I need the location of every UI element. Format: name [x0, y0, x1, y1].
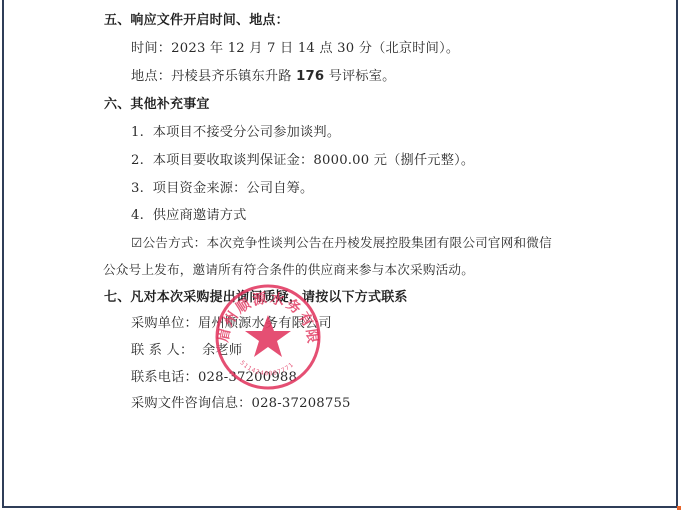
opening-place: 地点：丹棱县齐乐镇东升路 176 号评标室。 [131, 65, 396, 84]
section6-heading: 六、其他补充事宜 [104, 93, 210, 112]
list-item: 1. 本项目不接受分公司参加谈判。 [131, 121, 340, 140]
time-label: 时间： [131, 41, 171, 56]
time-value: 2023 年 12 月 7 日 14 点 30 分（北京时间）。 [171, 41, 459, 56]
contact-label: 采购单位： [131, 316, 198, 331]
section5-heading: 五、响应文件开启时间、地点： [104, 9, 289, 28]
company-seal-icon: 眉州顺源水务有限公司 5114240007771 [214, 283, 322, 391]
seal-code: 5114240007771 [239, 359, 296, 377]
contact-label: 联 系 人： [131, 343, 193, 358]
item-text: 项目资金来源：公司自筹。 [153, 181, 314, 196]
list-item: 2. 本项目要收取谈判保证金：8000.00 元（捌仟元整）。 [131, 149, 474, 168]
svg-text:5114240007771: 5114240007771 [239, 359, 296, 377]
contact-label: 采购文件咨询信息： [131, 396, 252, 411]
contact-row: 采购文件咨询信息：028-37208755 [131, 392, 351, 411]
opening-time: 时间：2023 年 12 月 7 日 14 点 30 分（北京时间）。 [131, 37, 459, 56]
item-number: 1. [131, 125, 144, 140]
contact-label: 联系电话： [131, 370, 198, 385]
place-label: 地点： [131, 69, 171, 84]
item-number: 3. [131, 181, 144, 196]
list-item: 3. 项目资金来源：公司自筹。 [131, 177, 313, 196]
item-text: 本项目不接受分公司参加谈判。 [153, 125, 340, 140]
item-number: 4. [131, 208, 144, 223]
item-text: 本项目要收取谈判保证金：8000.00 元（捌仟元整）。 [153, 153, 474, 168]
announcement-line-2: 公众号上发布，邀请所有符合条件的供应商来参与本次采购活动。 [103, 259, 474, 278]
contact-value: 028-37208755 [252, 396, 351, 411]
list-item: 4. 供应商邀请方式 [131, 204, 247, 223]
place-number: 176 [296, 69, 324, 84]
item-text: 供应商邀请方式 [153, 208, 247, 223]
announcement-line-1: ☑公告方式：本次竞争性谈判公告在丹棱发展控股集团有限公司官网和微信 [131, 232, 552, 251]
corner-marker [677, 506, 681, 510]
item-number: 2. [131, 153, 144, 168]
place-prefix: 丹棱县齐乐镇东升路 [171, 69, 296, 84]
place-suffix: 号评标室。 [324, 69, 395, 84]
